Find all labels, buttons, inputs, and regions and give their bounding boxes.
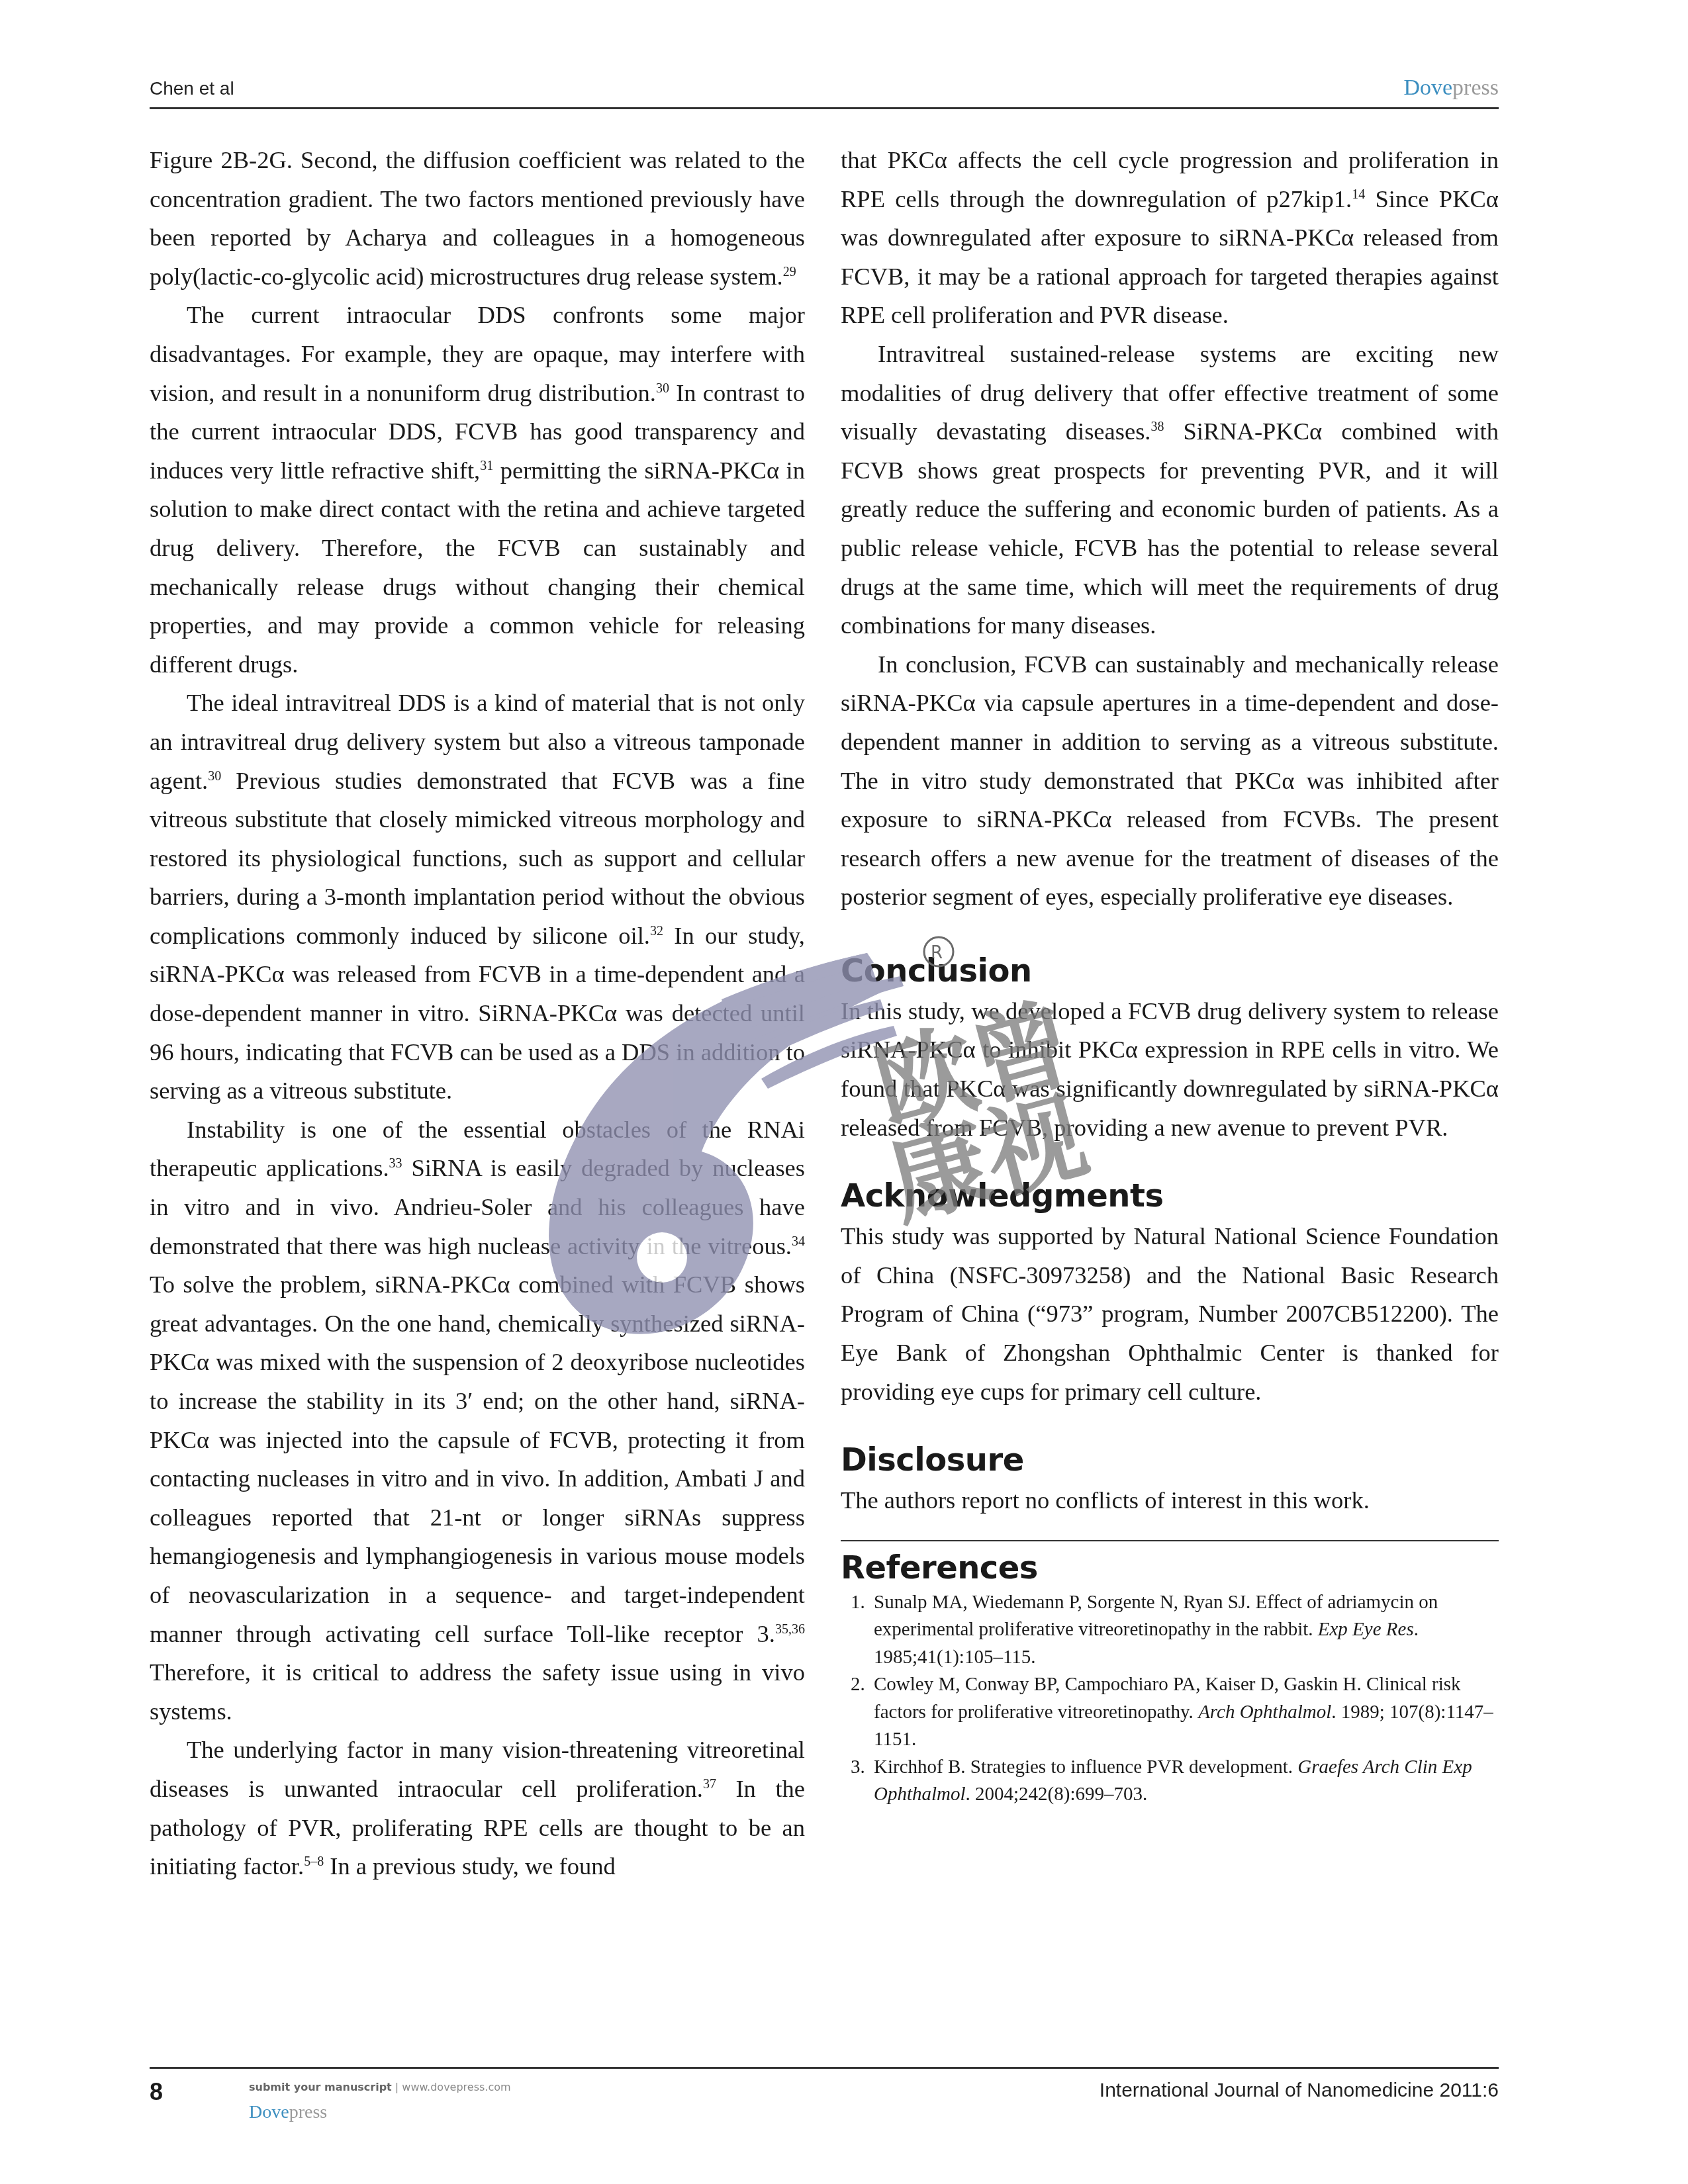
conclusion-text: In this study, we developed a FCVB drug … bbox=[841, 992, 1499, 1147]
footer-rule bbox=[150, 2067, 1499, 2069]
page-number: 8 bbox=[150, 2078, 163, 2106]
left-column: Figure 2B-2G. Second, the diffusion coef… bbox=[150, 141, 805, 1886]
paragraph: Intravitreal sustained-release systems a… bbox=[841, 335, 1499, 645]
paragraph: Instability is one of the essential obst… bbox=[150, 1111, 805, 1731]
submit-manuscript-link[interactable]: submit your manuscript | www.dovepress.c… bbox=[249, 2081, 511, 2093]
running-head: Chen et al bbox=[150, 78, 234, 99]
paragraph: The current intraocular DDS confronts so… bbox=[150, 296, 805, 684]
acknowledgments-text: This study was supported by Natural Nati… bbox=[841, 1217, 1499, 1411]
paragraph: that PKCα affects the cell cycle progres… bbox=[841, 141, 1499, 335]
reference-item: Sunalp MA, Wiedemann P, Sorgente N, Ryan… bbox=[870, 1589, 1499, 1672]
header-rule bbox=[150, 107, 1499, 109]
conclusion-heading: Conclusion bbox=[841, 950, 1499, 992]
dovepress-logo: Dovepress bbox=[249, 2102, 327, 2123]
reference-list: Sunalp MA, Wiedemann P, Sorgente N, Ryan… bbox=[841, 1589, 1499, 1809]
disclosure-heading: Disclosure bbox=[841, 1439, 1499, 1481]
dovepress-logo: Dovepress bbox=[1403, 75, 1499, 101]
references-heading: References bbox=[841, 1547, 1499, 1589]
paragraph: Figure 2B-2G. Second, the diffusion coef… bbox=[150, 141, 805, 296]
disclosure-text: The authors report no conflicts of inter… bbox=[841, 1481, 1499, 1520]
paragraph: The ideal intravitreal DDS is a kind of … bbox=[150, 684, 805, 1111]
journal-citation: International Journal of Nanomedicine 20… bbox=[1100, 2079, 1499, 2102]
reference-item: Kirchhof B. Strategies to influence PVR … bbox=[870, 1754, 1499, 1809]
page-footer: 8 submit your manuscript | www.dovepress… bbox=[150, 2078, 1499, 2151]
reference-item: Cowley M, Conway BP, Campochiaro PA, Kai… bbox=[870, 1671, 1499, 1754]
page-header: Chen et al Dovepress bbox=[150, 78, 1499, 109]
paragraph: The underlying factor in many vision-thr… bbox=[150, 1731, 805, 1886]
acknowledgments-heading: Acknowledgments bbox=[841, 1175, 1499, 1217]
references-rule bbox=[841, 1540, 1499, 1541]
paragraph: In conclusion, FCVB can sustainably and … bbox=[841, 645, 1499, 917]
right-column: that PKCα affects the cell cycle progres… bbox=[841, 141, 1499, 1809]
